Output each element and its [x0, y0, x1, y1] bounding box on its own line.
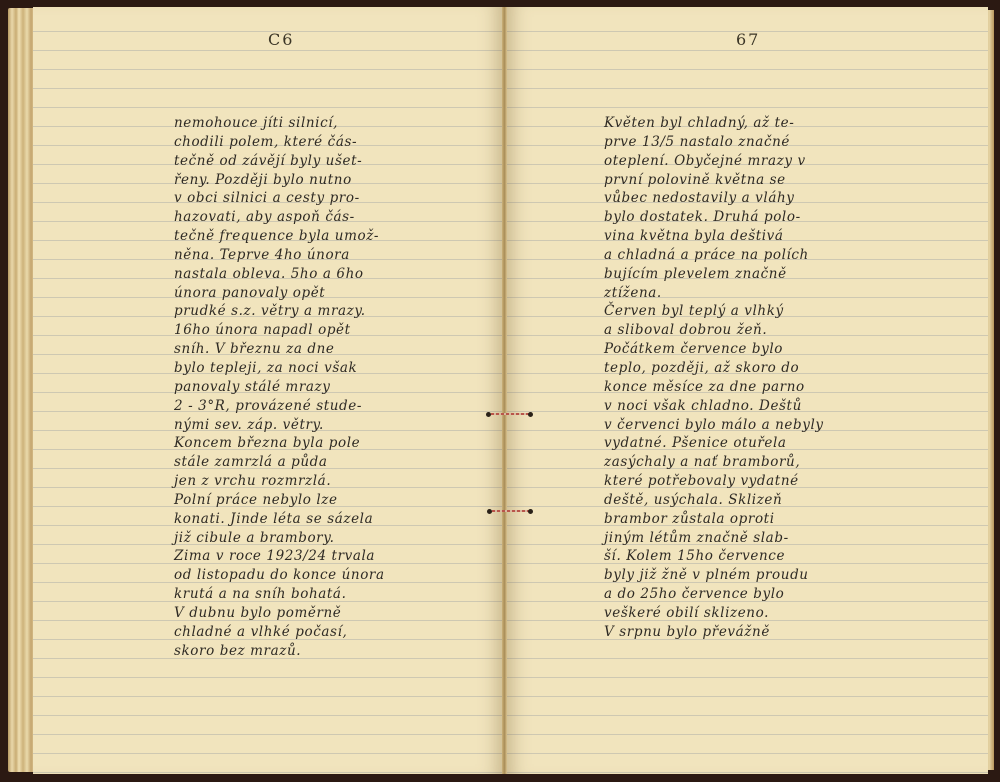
text-line: V srpnu bylo převážně: [604, 623, 824, 642]
text-line: vůbec nedostavily a vláhy: [604, 189, 824, 208]
left-page-handwriting: nemohouce jíti silnicí, chodili polem, k…: [174, 114, 385, 660]
text-line: jen z vrchu rozmrzlá.: [174, 472, 385, 491]
text-line: krutá a na sníh bohatá.: [174, 585, 385, 604]
text-line: 16ho února napadl opět: [174, 321, 385, 340]
right-page-handwriting: Květen byl chladný, až te- prve 13/5 nas…: [604, 114, 824, 642]
text-line: bylo tepleji, za noci však: [174, 359, 385, 378]
text-line: bujícím plevelem značně: [604, 265, 824, 284]
binding-stitch: [492, 510, 529, 512]
text-line: panovaly stálé mrazy: [174, 378, 385, 397]
text-line: Červen byl teplý a vlhký: [604, 302, 824, 321]
text-line: hazovati, aby aspoň čás-: [174, 208, 385, 227]
text-line: oteplení. Obyčejné mrazy v: [604, 152, 824, 171]
text-line: chladné a vlhké počasí,: [174, 623, 385, 642]
text-line: vina května byla deštivá: [604, 227, 824, 246]
text-line: stále zamrzlá a půda: [174, 453, 385, 472]
text-line: skoro bez mrazů.: [174, 642, 385, 661]
book-gutter: [502, 7, 507, 774]
text-line: chodili polem, které čás-: [174, 133, 385, 152]
text-line: a chladná a práce na polích: [604, 246, 824, 265]
left-page-edges: [8, 8, 36, 772]
text-line: prudké s.z. větry a mrazy.: [174, 302, 385, 321]
text-line: jiným létům značně slab-: [604, 529, 824, 548]
text-line: nemohouce jíti silnicí,: [174, 114, 385, 133]
binding-hole: [528, 509, 533, 514]
text-line: a do 25ho července bylo: [604, 585, 824, 604]
text-line: deště, usýchala. Sklizeň: [604, 491, 824, 510]
text-line: nastala obleva. 5ho a 6ho: [174, 265, 385, 284]
text-line: řeny. Později bylo nutno: [174, 171, 385, 190]
binding-stitch: [491, 413, 529, 415]
text-line: první polovině května se: [604, 171, 824, 190]
text-line: tečně od závějí byly ušet-: [174, 152, 385, 171]
text-line: veškeré obilí sklizeno.: [604, 604, 824, 623]
text-line: konce měsíce za dne parno: [604, 378, 824, 397]
text-line: bylo dostatek. Druhá polo-: [604, 208, 824, 227]
text-line: Zima v roce 1923/24 trvala: [174, 547, 385, 566]
text-line: Polní práce nebylo lze: [174, 491, 385, 510]
text-line: Koncem března byla pole: [174, 434, 385, 453]
text-line: v noci však chladno. Deštů: [604, 397, 824, 416]
text-line: Počátkem července bylo: [604, 340, 824, 359]
text-line: od listopadu do konce února: [174, 566, 385, 585]
page-number-right: 67: [736, 30, 760, 49]
text-line: něna. Teprve 4ho února: [174, 246, 385, 265]
binding-hole: [528, 412, 533, 417]
open-book: C6 67 nemohouce jíti silnicí, chodili po…: [0, 0, 1000, 782]
text-line: tečně frequence byla umož-: [174, 227, 385, 246]
text-line: 2 - 3°R, provázené stude-: [174, 397, 385, 416]
text-line: brambor zůstala oproti: [604, 510, 824, 529]
text-line: sníh. V březnu za dne: [174, 340, 385, 359]
text-line: Květen byl chladný, až te-: [604, 114, 824, 133]
text-line: vydatné. Pšenice otuřela: [604, 434, 824, 453]
text-line: ší. Kolem 15ho července: [604, 547, 824, 566]
text-line: konati. Jinde léta se sázela: [174, 510, 385, 529]
text-line: zasýchaly a nať bramborů,: [604, 453, 824, 472]
text-line: prve 13/5 nastalo značné: [604, 133, 824, 152]
text-line: teplo, později, až skoro do: [604, 359, 824, 378]
text-line: již cibule a brambory.: [174, 529, 385, 548]
text-line: února panovaly opět: [174, 284, 385, 303]
text-line: ztížena.: [604, 284, 824, 303]
text-line: v červenci bylo málo a nebyly: [604, 416, 824, 435]
page-number-left: C6: [268, 30, 294, 49]
text-line: byly již žně v plném proudu: [604, 566, 824, 585]
text-line: V dubnu bylo poměrně: [174, 604, 385, 623]
text-line: a sliboval dobrou žeň.: [604, 321, 824, 340]
text-line: které potřebovaly vydatné: [604, 472, 824, 491]
text-line: nými sev. záp. větry.: [174, 416, 385, 435]
text-line: v obci silnici a cesty pro-: [174, 189, 385, 208]
